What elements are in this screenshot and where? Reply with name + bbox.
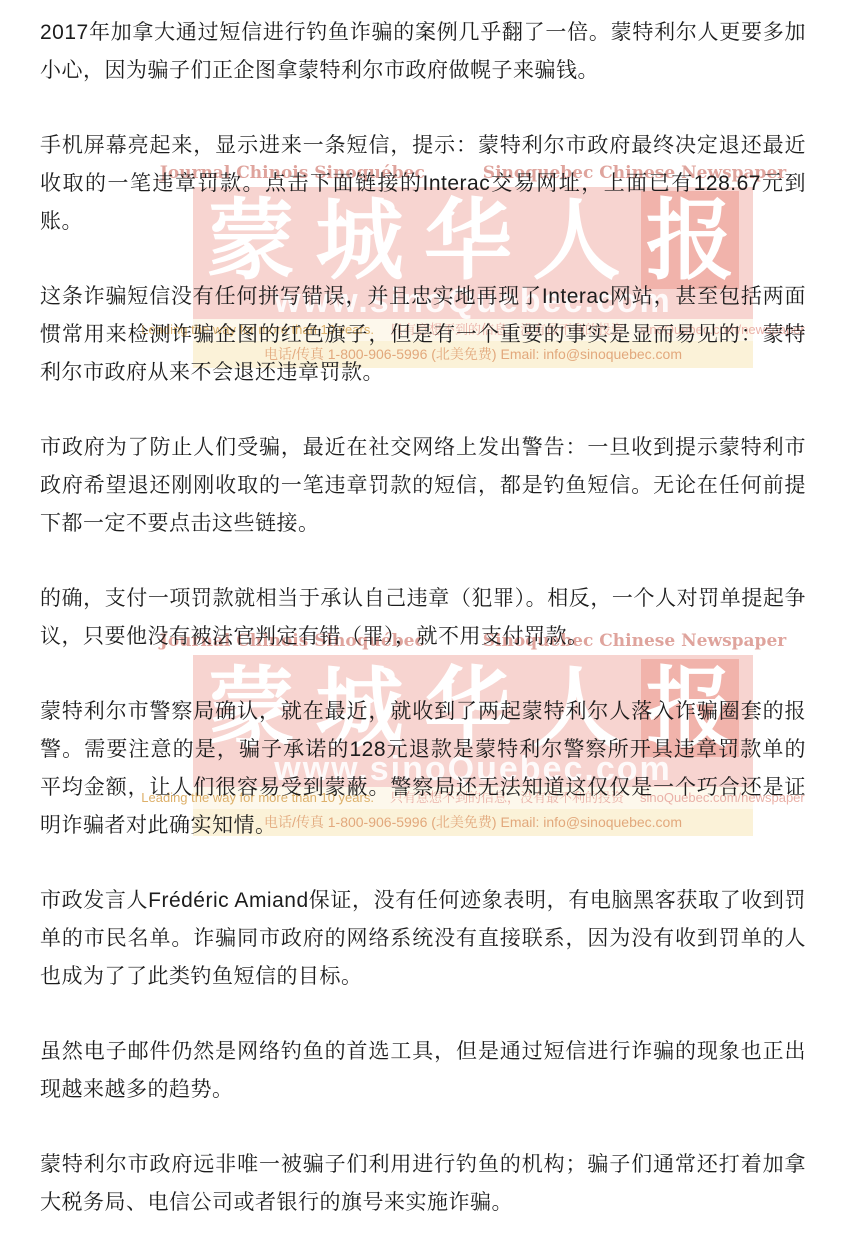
article-paragraph: 虽然电子邮件仍然是网络钓鱼的首选工具，但是通过短信进行诈骗的现象也正出现越来越多…	[40, 1033, 806, 1109]
article-page: Journal Chinois Sinoquébec Sinoquebec Ch…	[0, 0, 846, 1251]
article-paragraph: 市政发言人Frédéric Amiand保证，没有任何迹象表明，有电脑黑客获取了…	[40, 882, 806, 996]
article-paragraph: 的确，支付一项罚款就相当于承认自己违章（犯罪）。相反，一个人对罚单提起争议，只要…	[40, 580, 806, 656]
article-paragraph: 手机屏幕亮起来，显示进来一条短信，提示：蒙特利尔市政府最终决定退还最近收取的一笔…	[40, 127, 806, 241]
article-paragraph: 这条诈骗短信没有任何拼写错误，并且忠实地再现了Interac网站，甚至包括两面惯…	[40, 278, 806, 392]
article-paragraph: 2017年加拿大通过短信进行钓鱼诈骗的案例几乎翻了一倍。蒙特利尔人更要多加小心，…	[40, 14, 806, 90]
article-paragraph: 市政府为了防止人们受骗，最近在社交网络上发出警告：一旦收到提示蒙特利市政府希望退…	[40, 429, 806, 543]
article-body: 2017年加拿大通过短信进行钓鱼诈骗的案例几乎翻了一倍。蒙特利尔人更要多加小心，…	[0, 0, 846, 1222]
article-paragraph: 蒙特利尔市警察局确认，就在最近，就收到了两起蒙特利尔人落入诈骗圈套的报警。需要注…	[40, 693, 806, 845]
article-paragraph: 蒙特利尔市政府远非唯一被骗子们利用进行钓鱼的机构；骗子们通常还打着加拿大税务局、…	[40, 1146, 806, 1222]
